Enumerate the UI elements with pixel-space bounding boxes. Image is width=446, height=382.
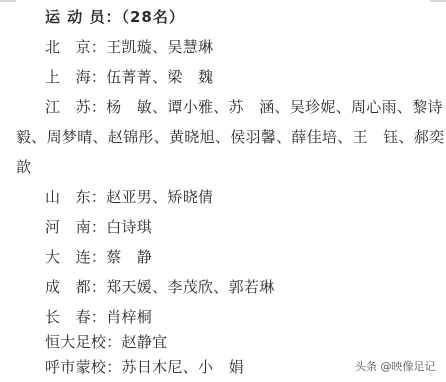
roster-entry-jiangsu: 江 苏：杨 敏、谭小雅、苏 涵、吴珍妮、周心雨、黎诗 bbox=[45, 98, 443, 116]
player-names: 歆 bbox=[16, 158, 31, 176]
region-label: 江 苏： bbox=[45, 98, 106, 116]
roster-entry-jiangsu-continued-2: 歆 bbox=[16, 158, 31, 176]
region-label: 成 都： bbox=[45, 278, 106, 296]
player-names: 伍菁菁、梁 魏 bbox=[106, 68, 213, 86]
region-label: 上 海： bbox=[45, 68, 106, 86]
region-label: 北 京： bbox=[45, 38, 106, 56]
player-names: 苏日木尼、小 娟 bbox=[122, 358, 244, 376]
corner-mark-left bbox=[0, 0, 16, 2]
roster-entry-changchun: 长 春：肖梓桐 bbox=[45, 308, 152, 326]
roster-entry-chengdu: 成 都：郑天媛、李茂欣、郭若琳 bbox=[45, 278, 275, 296]
region-label: 恒大足校： bbox=[45, 333, 122, 351]
region-label: 呼市蒙校： bbox=[45, 358, 122, 376]
roster-entry-beijing: 北 京：王凯璇、吴慧琳 bbox=[45, 38, 213, 56]
corner-mark-right bbox=[430, 0, 446, 2]
roster-entry-hohhot-school: 呼市蒙校：苏日木尼、小 娟 bbox=[45, 358, 244, 376]
roster-entry-dalian: 大 连：蔡 静 bbox=[45, 248, 152, 266]
player-names: 杨 敏、谭小雅、苏 涵、吴珍妮、周心雨、黎诗 bbox=[106, 98, 443, 116]
player-names: 赵静宜 bbox=[122, 333, 168, 351]
roster-entry-shandong: 山 东：赵亚男、矫晓倩 bbox=[45, 188, 213, 206]
player-names: 肖梓桐 bbox=[106, 308, 152, 326]
player-names: 白诗琪 bbox=[106, 218, 152, 236]
player-names: 郑天媛、李茂欣、郭若琳 bbox=[106, 278, 274, 296]
roster-entry-jiangsu-continued: 毅、周梦晴、赵锦彤、黄晓旭、侯羽馨、薛佳培、王 钰、郝奕 bbox=[16, 128, 444, 146]
roster-entry-evergrande-school: 恒大足校：赵静宜 bbox=[45, 333, 167, 351]
region-label: 山 东： bbox=[45, 188, 106, 206]
watermark: 头条 @映像足记 bbox=[355, 358, 436, 374]
player-names: 蔡 静 bbox=[106, 248, 152, 266]
region-label: 大 连： bbox=[45, 248, 106, 266]
roster-entry-henan: 河 南：白诗琪 bbox=[45, 218, 152, 236]
roster-entry-shanghai: 上 海：伍菁菁、梁 魏 bbox=[45, 68, 213, 86]
roster-title: 运 动 员：（28名） bbox=[45, 8, 185, 26]
player-names: 赵亚男、矫晓倩 bbox=[106, 188, 213, 206]
player-names: 毅、周梦晴、赵锦彤、黄晓旭、侯羽馨、薛佳培、王 钰、郝奕 bbox=[16, 128, 444, 146]
player-names: 王凯璇、吴慧琳 bbox=[106, 38, 213, 56]
region-label: 河 南： bbox=[45, 218, 106, 236]
region-label: 长 春： bbox=[45, 308, 106, 326]
